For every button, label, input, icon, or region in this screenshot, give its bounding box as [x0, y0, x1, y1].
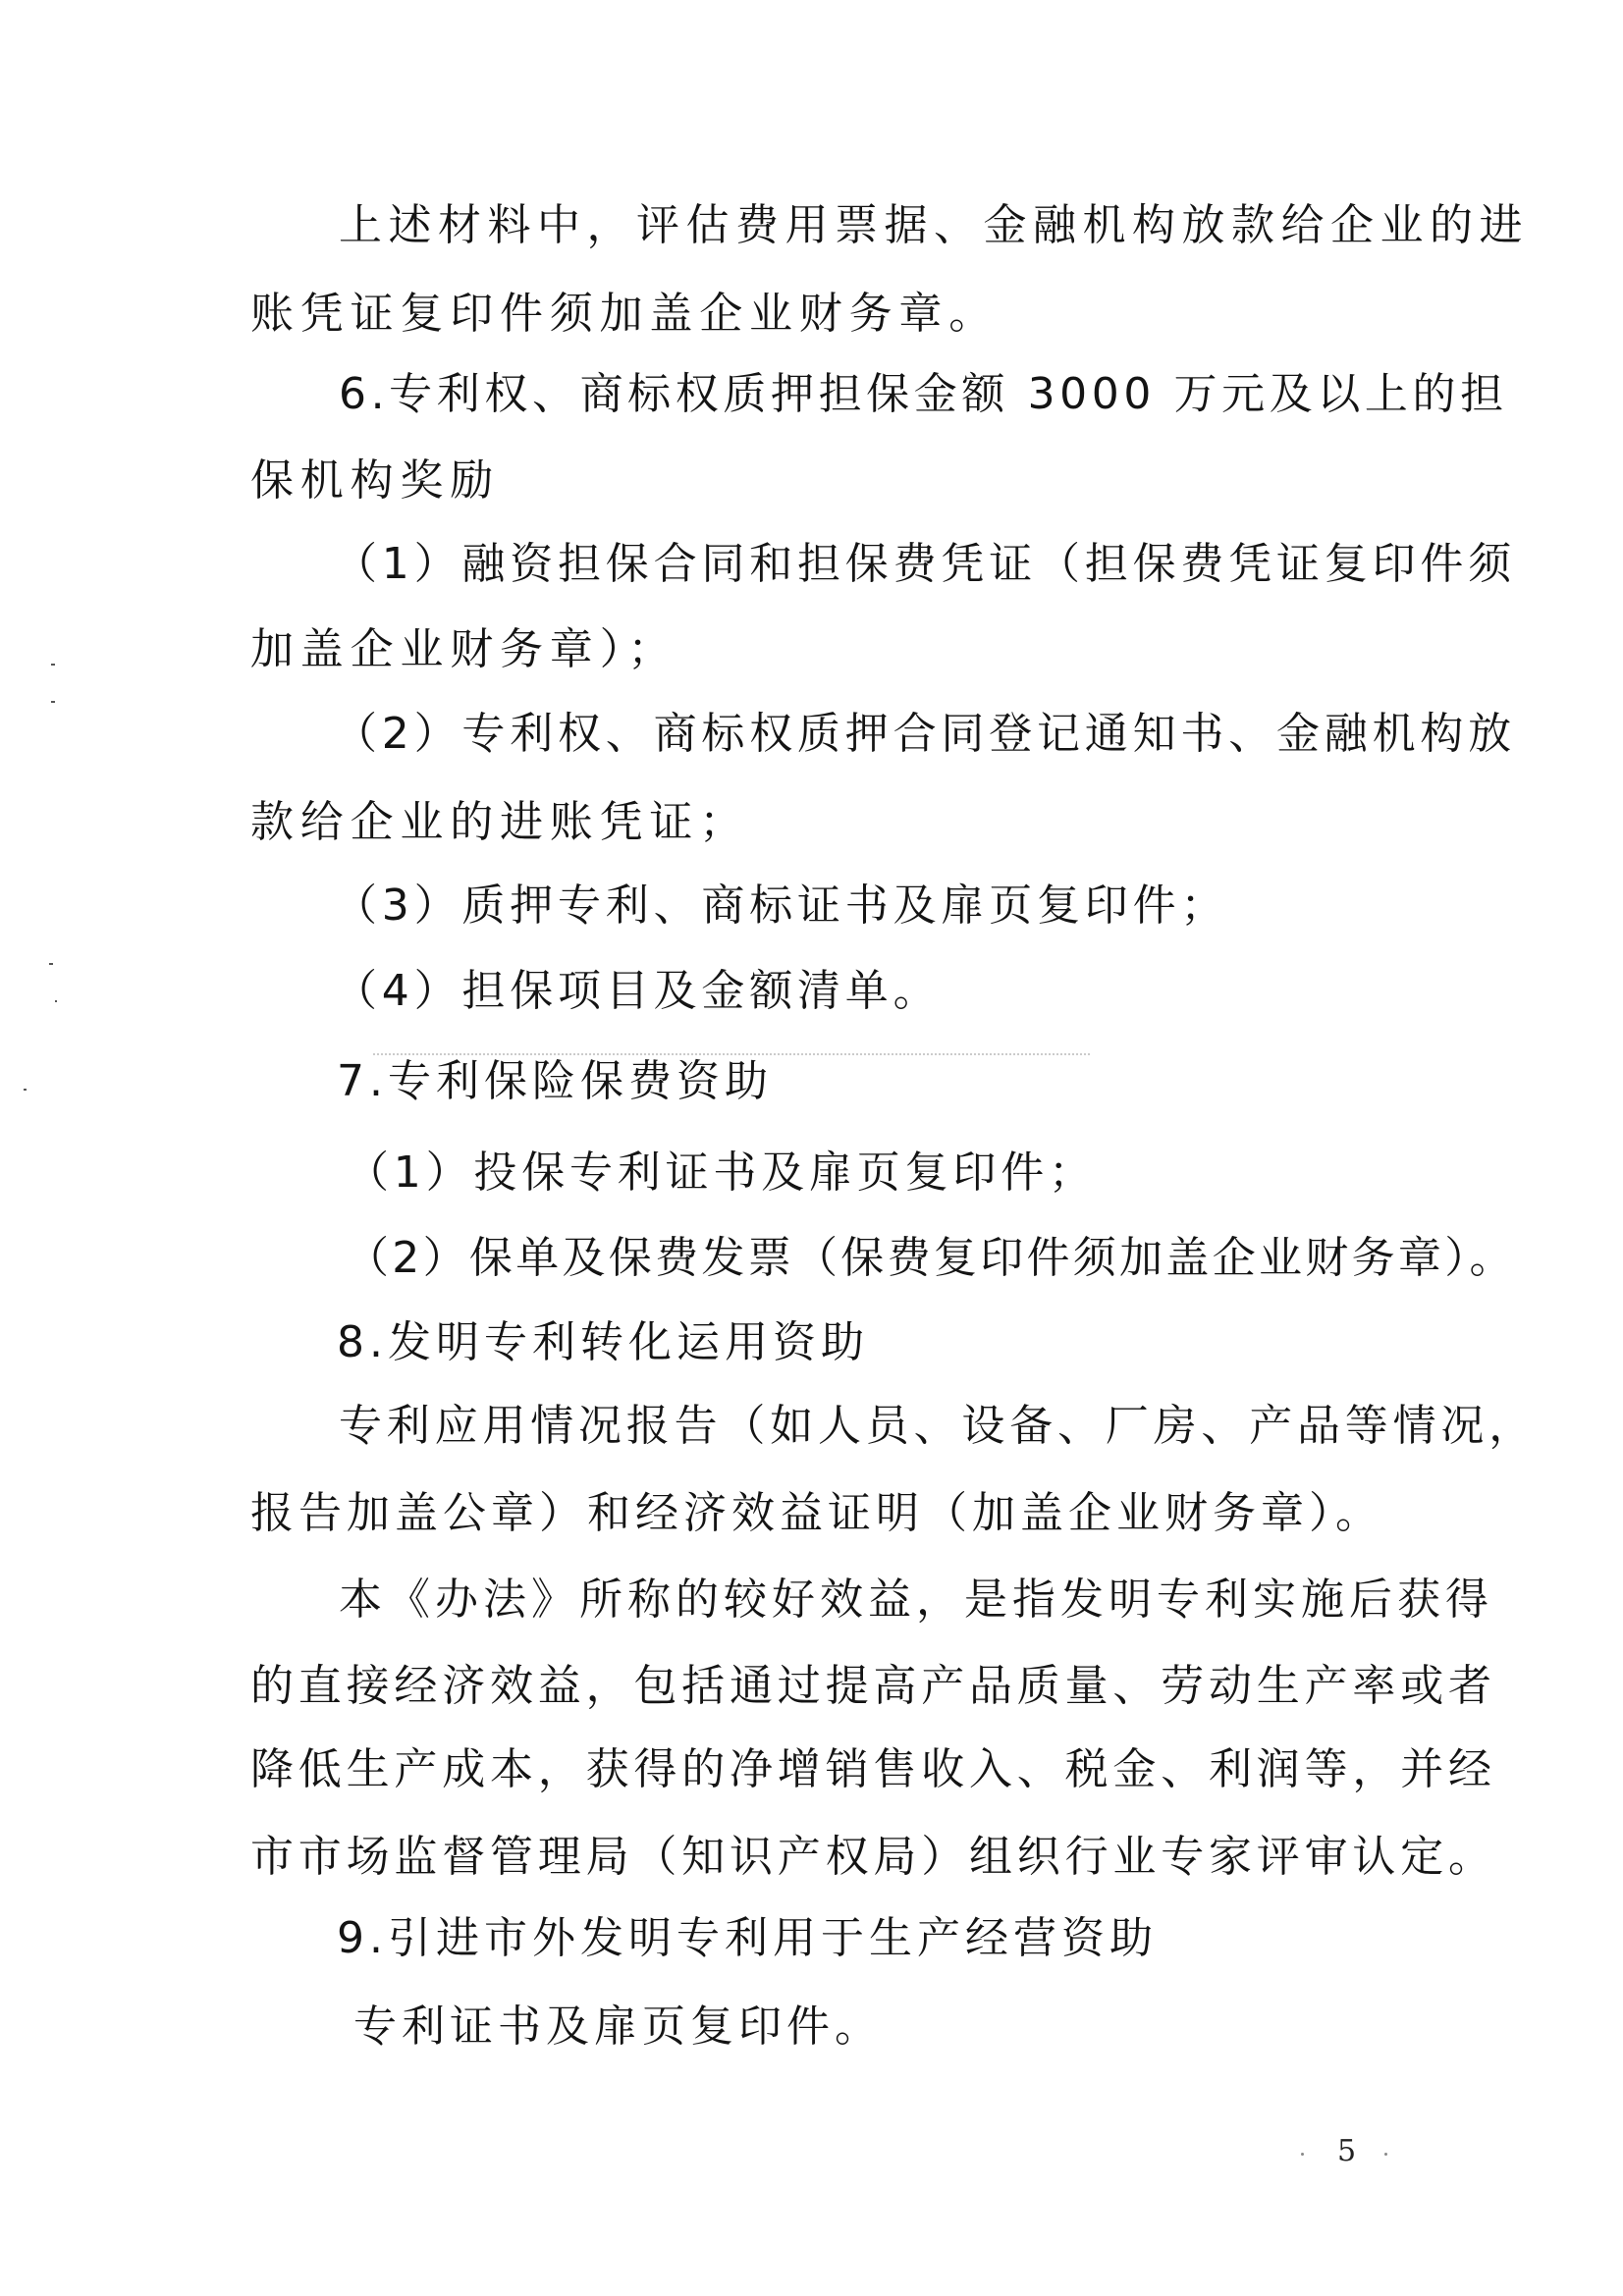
page-number-dot — [1384, 2153, 1387, 2156]
paragraph-line: 上述材料中，评估费用票据、金融机构放款给企业的进 — [339, 196, 1529, 255]
paragraph-line: 专利应用情况报告（如人员、设备、厂房、产品等情况， — [339, 1397, 1537, 1456]
paragraph-line: 账凭证复印件须加盖企业财务章。 — [250, 285, 999, 344]
list-item-6-2-cont: 款给企业的进账凭证； — [250, 793, 749, 852]
section-heading-7: 7.专利保险保费资助 — [337, 1052, 773, 1111]
paragraph-line: 报告加盖公章）和经济效益证明（加盖企业财务章）。 — [250, 1484, 1383, 1543]
section-heading-8: 8.发明专利转化运用资助 — [337, 1313, 869, 1372]
list-item-6-1-cont: 加盖企业财务章）； — [250, 620, 677, 679]
section-heading-6: 6.专利权、商标权质押担保金额 3000 万元及以上的担 — [339, 365, 1508, 424]
scan-mark — [55, 1000, 57, 1002]
page-number-dot — [1301, 2153, 1304, 2156]
paragraph-line: 专利证书及扉页复印件。 — [353, 1998, 883, 2056]
paragraph-line: 本《办法》所称的较好效益，是指发明专利实施后获得 — [339, 1571, 1493, 1629]
scan-mark — [51, 664, 55, 666]
list-item-7-2: （2）保单及保费发票（保费复印件须加盖企业财务章）。 — [346, 1229, 1516, 1288]
paragraph-line: 降低生产成本，获得的净增销售收入、税金、利润等，并经 — [250, 1740, 1496, 1799]
page-number: 5 — [1337, 2135, 1356, 2168]
list-item-6-4: （4）担保项目及金额清单。 — [334, 962, 941, 1021]
paragraph-line: 市市场监督管理局（知识产权局）组织行业专家评审认定。 — [250, 1828, 1496, 1887]
paragraph-line: 的直接经济效益，包括通过提高产品质量、劳动生产率或者 — [250, 1657, 1496, 1716]
section-heading-9: 9.引进市外发明专利用于生产经营资助 — [337, 1909, 1158, 1968]
section-heading-6-cont: 保机构奖励 — [250, 452, 500, 510]
list-item-6-2: （2）专利权、商标权质押合同登记通知书、金融机构放 — [334, 705, 1516, 764]
scan-mark — [51, 701, 55, 703]
scan-mark — [24, 1089, 27, 1091]
document-page: 上述材料中，评估费用票据、金融机构放款给企业的进 账凭证复印件须加盖企业财务章。… — [0, 0, 1623, 2296]
list-item-7-1: （1）投保专利证书及扉页复印件； — [346, 1144, 1097, 1202]
scan-mark — [49, 963, 53, 965]
list-item-6-3: （3）质押专利、商标证书及扉页复印件； — [334, 877, 1228, 935]
list-item-6-1: （1）融资担保合同和担保费凭证（担保费凭证复印件须 — [334, 535, 1516, 594]
